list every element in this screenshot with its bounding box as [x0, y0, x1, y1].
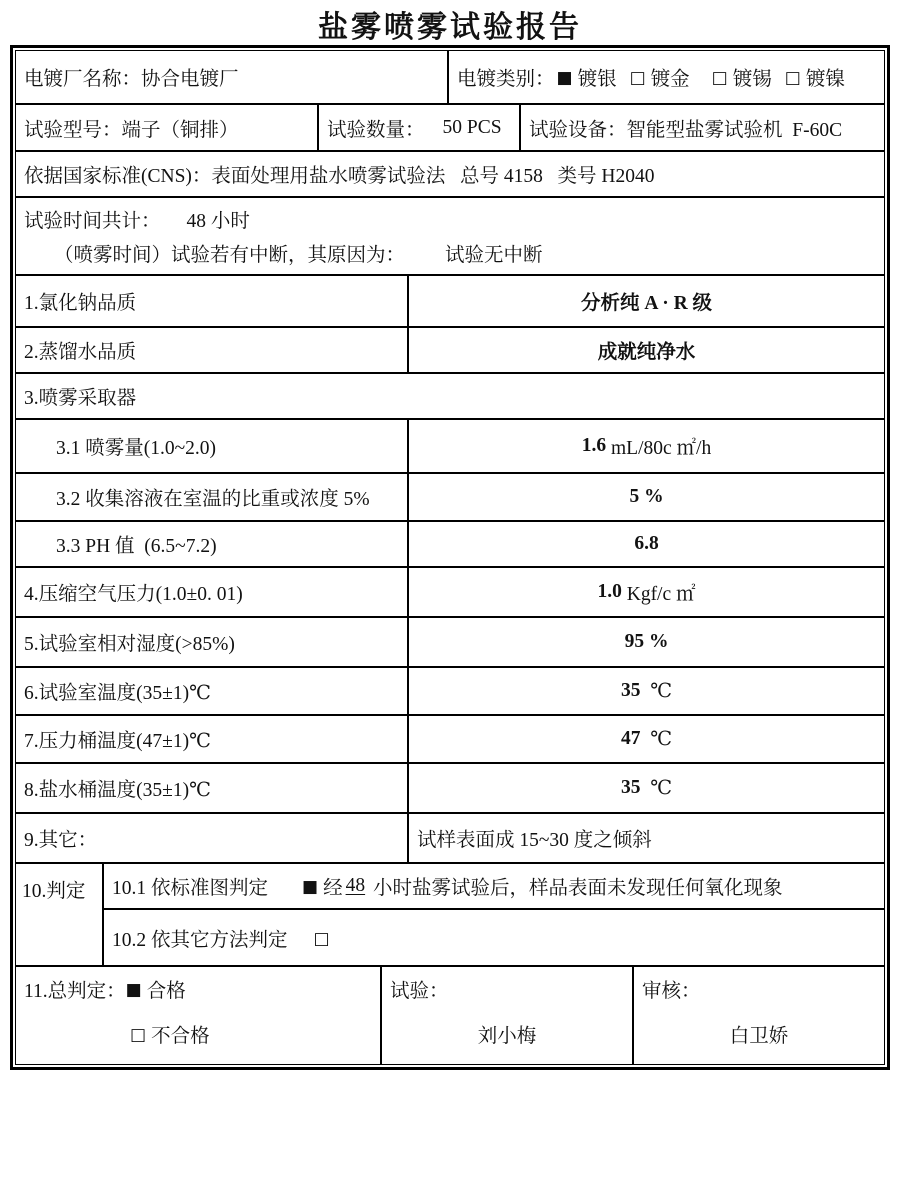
plating-option-nickel: □镀镍 [785, 63, 845, 91]
item-label-cell: 3.1 喷雾量(1.0~2.0) [16, 420, 409, 472]
tester-label-line: 试验： [390, 975, 624, 1003]
item-value: 1.6 [582, 435, 606, 457]
reviewer-label-line: 审核： [642, 975, 876, 1003]
checkbox-empty-icon: □ [630, 68, 646, 88]
interruption-value: 试验无中断 [445, 239, 543, 267]
judgment-standard-row: 10.1 依标准图判定 ■ 经48 小时盐雾试验后，样品表面未发现任何氧化现象 [104, 864, 884, 910]
row-judgment: 10.判定 10.1 依标准图判定 ■ 经48 小时盐雾试验后，样品表面未发现任… [16, 864, 884, 967]
test-quantity-cell: 试验数量：50 PCS [319, 105, 521, 150]
row-item-nacl: 1.氯化钠品质 分析纯 A · R 级 [16, 276, 884, 328]
test-model-cell: 试验型号：端子（铜排） [16, 105, 319, 150]
interruption-line: （喷雾时间）试验若有中断，其原因为：试验无中断 [24, 239, 876, 267]
item-value-unit: ℃ [640, 776, 672, 800]
checkbox-filled-icon: ■ [557, 68, 573, 88]
plating-option-tin: □镀锡 [712, 63, 772, 91]
pass-line: 11.总判定： ■ 合格 [24, 975, 372, 1003]
item-label: 2.蒸馏水品质 [24, 336, 136, 364]
test-quantity-label: 试验数量： [327, 114, 425, 142]
judgment-item1-pre: 经 [323, 872, 343, 900]
factory-name-cell: 电镀厂名称：协合电镀厂 [16, 51, 449, 103]
item-value-cell: 成就纯净水 [409, 328, 884, 372]
item-value-cell: 5 % [409, 474, 884, 520]
item-label-cell: 2.蒸馏水品质 [16, 328, 409, 372]
item-value-unit: mL/80c ㎡/h [606, 432, 711, 460]
item-value-cell: 35 ℃ [409, 764, 884, 812]
item-label: 4.压缩空气压力(1.0±0. 01) [24, 578, 243, 606]
checkbox-filled-icon: ■ [126, 980, 142, 1000]
judgment-subrows: 10.1 依标准图判定 ■ 经48 小时盐雾试验后，样品表面未发现任何氧化现象 … [104, 864, 884, 965]
item-value: 5 % [629, 486, 663, 508]
row-item-collector-section: 3.喷雾采取器 [16, 374, 884, 420]
fail-line: □ 不合格 [24, 1020, 372, 1048]
report-table-border: 电镀厂名称：协合电镀厂 电镀类别： ■镀银 □镀金 □镀锡 □镀镍 [10, 45, 890, 1070]
report-table: 电镀厂名称：协合电镀厂 电镀类别： ■镀银 □镀金 □镀锡 □镀镍 [15, 50, 885, 1065]
item-label: 7.压力桶温度(47±1)℃ [24, 725, 211, 753]
plating-option-label: 镀银 [578, 63, 617, 91]
item-value: 95 % [625, 631, 669, 653]
row-item-other: 9.其它： 试样表面成 15~30 度之倾斜 [16, 814, 884, 864]
duration-cell: 试验时间共计：48 小时 （喷雾时间）试验若有中断，其原因为：试验无中断 [16, 198, 884, 274]
item-label: 5.试验室相对湿度(>85%) [24, 628, 235, 656]
checkbox-empty-icon: □ [130, 1025, 146, 1045]
page-title: 盐雾喷雾试验报告 [0, 0, 900, 42]
item-value-unit: ℃ [640, 727, 672, 751]
item-label: 3.3 PH 值 (6.5~7.2) [56, 530, 217, 558]
judgment-label: 10.判定 [22, 875, 85, 903]
item-value-cell: 1.6 mL/80c ㎡/h [409, 420, 884, 472]
factory-name-label: 电镀厂名称： [24, 63, 141, 91]
reviewer-name: 白卫娇 [730, 1020, 789, 1048]
row-item-water: 2.蒸馏水品质 成就纯净水 [16, 328, 884, 374]
item-label-cell: 1.氯化钠品质 [16, 276, 409, 326]
row-item-spray-volume: 3.1 喷雾量(1.0~2.0) 1.6 mL/80c ㎡/h [16, 420, 884, 474]
section-label: 3.喷雾采取器 [24, 382, 136, 410]
item-label-cell: 4.压缩空气压力(1.0±0. 01) [16, 568, 409, 616]
judgment-item1-label: 10.1 依标准图判定 [112, 872, 268, 900]
test-quantity-value: 50 PCS [443, 117, 502, 139]
item-label-cell: 6.试验室温度(35±1)℃ [16, 668, 409, 714]
item-value-cell: 35 ℃ [409, 668, 884, 714]
item-value-unit: Kgf/c ㎡ [622, 578, 696, 606]
item-value: 35 [621, 777, 641, 799]
plating-option-gold: □镀金 [630, 63, 690, 91]
item-value-unit: ℃ [640, 679, 672, 703]
judgment-hours-underlined: 48 [343, 875, 369, 897]
judgment-other-row: 10.2 依其它方法判定 □ [104, 910, 884, 965]
fail-label: 不合格 [151, 1020, 210, 1048]
item-value: 6.8 [634, 533, 658, 555]
row-item-room-temp: 6.试验室温度(35±1)℃ 35 ℃ [16, 668, 884, 716]
judgment-item1-post: 小时盐雾试验后，样品表面未发现任何氧化现象 [368, 872, 782, 900]
item-value: 成就纯净水 [598, 336, 696, 364]
item-value-text: 试样表面成 15~30 度之倾斜 [417, 824, 652, 852]
checkbox-empty-icon: □ [314, 929, 330, 949]
duration-line: 试验时间共计：48 小时 [24, 205, 876, 233]
row-item-pressure-barrel-temp: 7.压力桶温度(47±1)℃ 47 ℃ [16, 716, 884, 764]
row-item-humidity: 5.试验室相对湿度(>85%) 95 % [16, 618, 884, 668]
item-label: 1.氯化钠品质 [24, 287, 136, 315]
item-value-cell: 47 ℃ [409, 716, 884, 762]
plating-option-silver: ■镀银 [557, 63, 617, 91]
item-label-cell: 7.压力桶温度(47±1)℃ [16, 716, 409, 762]
item-label-cell: 8.盐水桶温度(35±1)℃ [16, 764, 409, 812]
item-label-cell: 3.3 PH 值 (6.5~7.2) [16, 522, 409, 566]
test-equipment-label: 试验设备： [529, 114, 627, 142]
interruption-label: （喷雾时间）试验若有中断，其原因为： [54, 239, 405, 267]
test-model-label: 试验型号： [24, 114, 122, 142]
pass-label: 合格 [147, 975, 186, 1003]
test-equipment-value: 智能型盐雾试验机 F-60C [627, 114, 843, 142]
duration-label: 试验时间共计： [24, 205, 161, 233]
row-item-ph: 3.3 PH 值 (6.5~7.2) 6.8 [16, 522, 884, 568]
item-label-cell: 3.2 收集溶液在室温的比重或浓度 5% [16, 474, 409, 520]
row-model-qty-equipment: 试验型号：端子（铜排） 试验数量：50 PCS 试验设备：智能型盐雾试验机 F-… [16, 105, 884, 152]
row-item-brine-barrel-temp: 8.盐水桶温度(35±1)℃ 35 ℃ [16, 764, 884, 814]
final-verdict-label: 11.总判定： [24, 975, 126, 1003]
item-label-cell: 9.其它： [16, 814, 409, 862]
item-value: 分析纯 A · R 级 [581, 287, 712, 315]
standard-cell: 依据国家标准(CNS)：表面处理用盐水喷雾试验法 总号 4158 类号 H204… [16, 152, 884, 196]
duration-value: 48 小时 [187, 205, 250, 233]
tester-name: 刘小梅 [478, 1020, 537, 1048]
test-equipment-cell: 试验设备：智能型盐雾试验机 F-60C [521, 105, 884, 150]
judgment-label-cell: 10.判定 [16, 864, 104, 965]
tester-cell: 试验： 刘小梅 [382, 967, 634, 1064]
item-value-cell: 试样表面成 15~30 度之倾斜 [409, 814, 884, 862]
report-page: 盐雾喷雾试验报告 电镀厂名称：协合电镀厂 电镀类别： ■镀银 □镀金 □镀锡 [0, 0, 900, 1177]
standard-text: 依据国家标准(CNS)：表面处理用盐水喷雾试验法 总号 4158 类号 H204… [24, 160, 655, 188]
factory-name-value: 协合电镀厂 [141, 63, 239, 91]
row-item-air-pressure: 4.压缩空气压力(1.0±0. 01) 1.0 Kgf/c ㎡ [16, 568, 884, 618]
row-standard: 依据国家标准(CNS)：表面处理用盐水喷雾试验法 总号 4158 类号 H204… [16, 152, 884, 198]
item-value-cell: 分析纯 A · R 级 [409, 276, 884, 326]
plating-type-cell: 电镀类别： ■镀银 □镀金 □镀锡 □镀镍 [449, 51, 884, 103]
row-factory-plating: 电镀厂名称：协合电镀厂 电镀类别： ■镀银 □镀金 □镀锡 □镀镍 [16, 51, 884, 105]
item-label: 3.1 喷雾量(1.0~2.0) [56, 432, 216, 460]
item-label-cell: 5.试验室相对湿度(>85%) [16, 618, 409, 666]
row-item-concentration: 3.2 收集溶液在室温的比重或浓度 5% 5 % [16, 474, 884, 522]
checkbox-empty-icon: □ [712, 68, 728, 88]
item-value-cell: 95 % [409, 618, 884, 666]
item-value: 47 [621, 728, 641, 750]
plating-type-label: 电镀类别： [457, 63, 555, 91]
item-value-cell: 1.0 Kgf/c ㎡ [409, 568, 884, 616]
row-duration: 试验时间共计：48 小时 （喷雾时间）试验若有中断，其原因为：试验无中断 [16, 198, 884, 276]
item-label: 3.2 收集溶液在室温的比重或浓度 5% [56, 483, 370, 511]
item-value: 1.0 [597, 581, 621, 603]
section-label-cell: 3.喷雾采取器 [16, 374, 884, 418]
item-value: 35 [621, 680, 641, 702]
plating-option-label: 镀锡 [733, 63, 772, 91]
item-label: 6.试验室温度(35±1)℃ [24, 677, 211, 705]
reviewer-label: 审核： [642, 975, 701, 1003]
checkbox-empty-icon: □ [785, 68, 801, 88]
judgment-item2-label: 10.2 依其它方法判定 [112, 924, 288, 952]
item-label: 9.其它： [24, 824, 97, 852]
plating-option-label: 镀镍 [806, 63, 845, 91]
tester-label: 试验： [390, 975, 449, 1003]
test-model-value: 端子（铜排） [122, 114, 239, 142]
reviewer-cell: 审核： 白卫娇 [634, 967, 884, 1064]
checkbox-filled-icon: ■ [302, 877, 318, 897]
final-verdict-cell: 11.总判定： ■ 合格 □ 不合格 [16, 967, 382, 1064]
item-label: 8.盐水桶温度(35±1)℃ [24, 774, 211, 802]
row-final: 11.总判定： ■ 合格 □ 不合格 试验： 刘小梅 审核： 白卫娇 [16, 967, 884, 1064]
item-value-cell: 6.8 [409, 522, 884, 566]
plating-option-label: 镀金 [651, 63, 690, 91]
